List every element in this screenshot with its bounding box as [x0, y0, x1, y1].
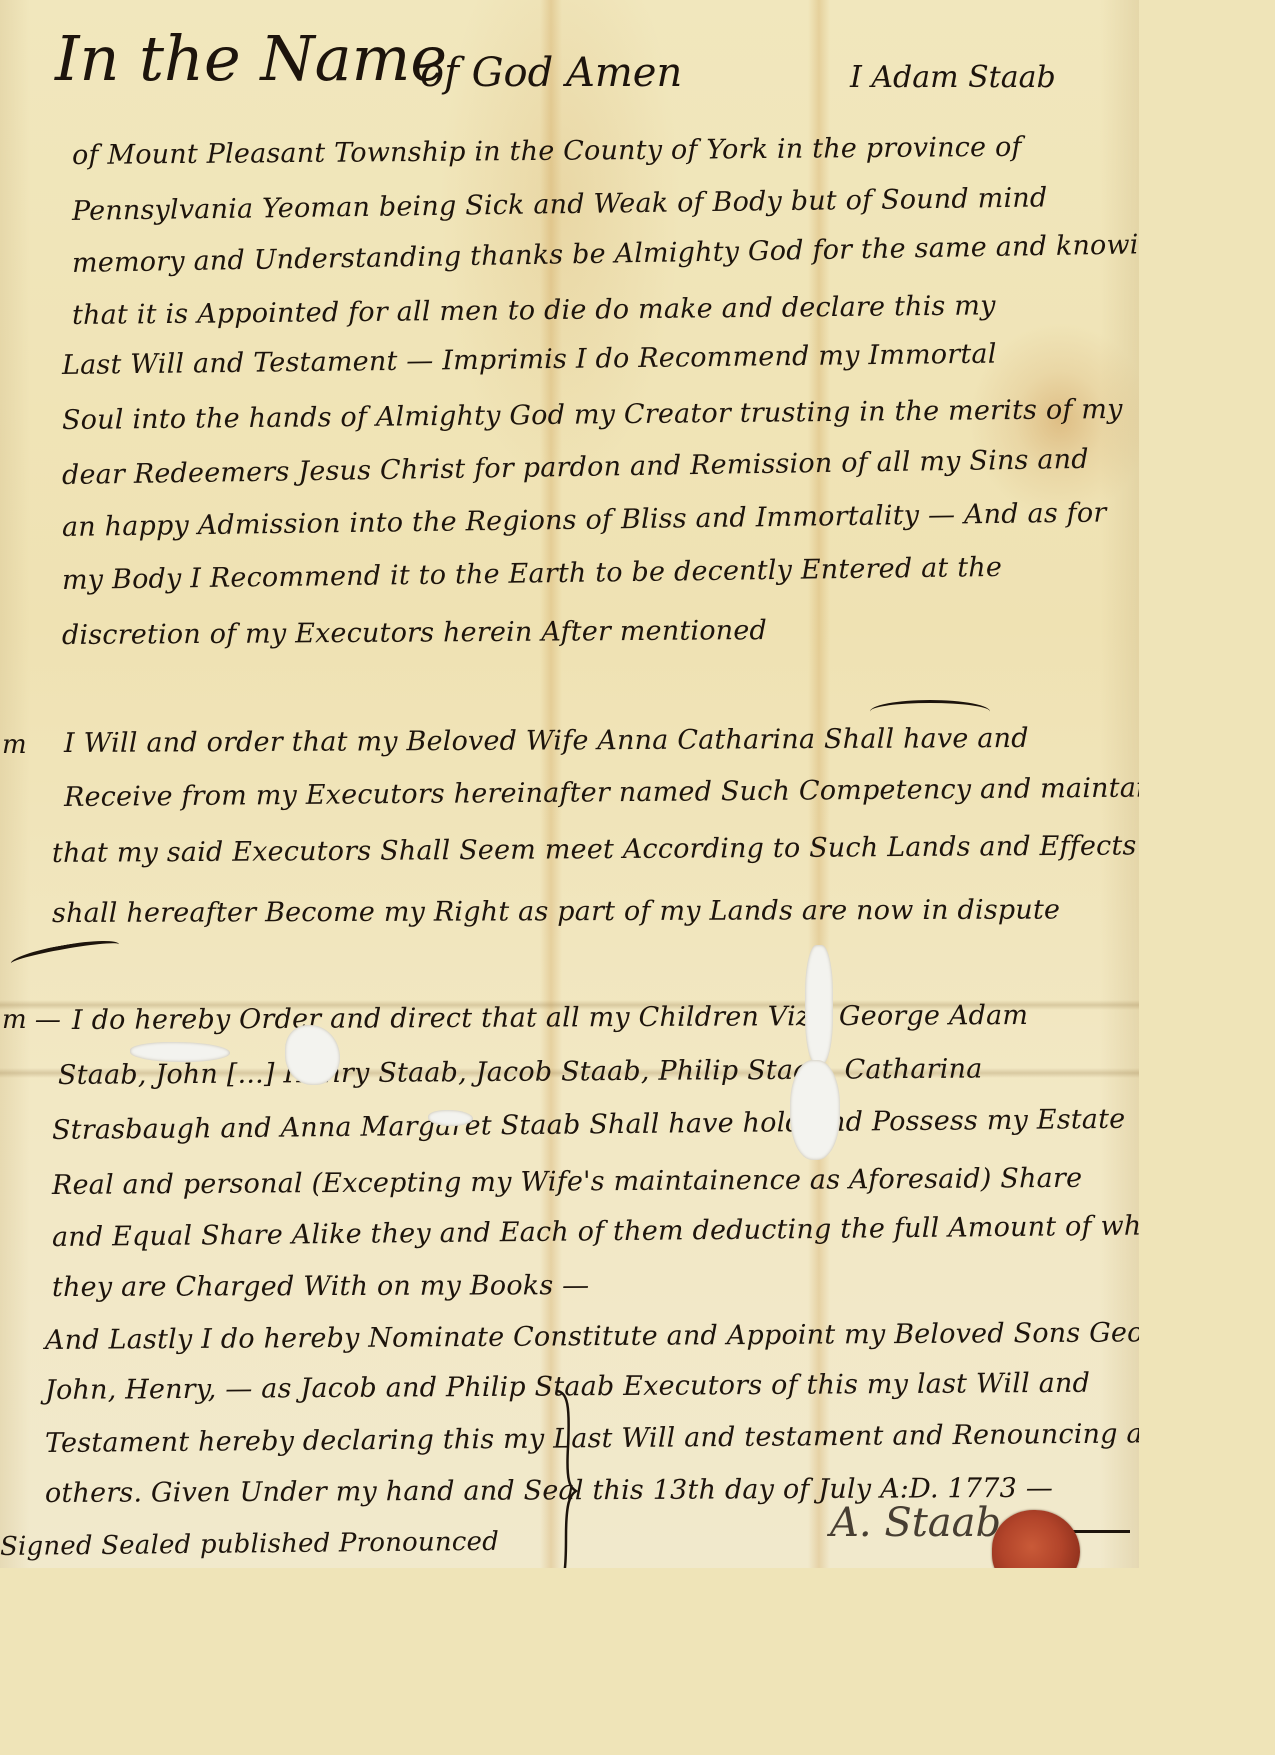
- will-line: that my said Executors Shall Seem meet A…: [52, 830, 1139, 869]
- will-line: that it is Appointed for all men to die …: [72, 290, 996, 331]
- will-line: Testament hereby declaring this my Last …: [45, 1418, 1139, 1459]
- will-line: Soul into the hands of Almighty God my C…: [62, 394, 1123, 436]
- ink-flourish: [9, 936, 120, 973]
- title-of-god-amen: of God Amen: [420, 50, 682, 96]
- will-line: Real and personal (Excepting my Wife's m…: [52, 1163, 1082, 1201]
- paper-hole: [130, 1042, 230, 1062]
- will-line: Strasbaugh and Anna Margaret Staab Shall…: [52, 1104, 1126, 1146]
- will-line: Receive from my Executors hereinafter na…: [64, 772, 1139, 813]
- will-line: shall hereafter Become my Right as part …: [52, 894, 1060, 929]
- margin-note: m: [2, 730, 27, 760]
- will-line: discretion of my Executors herein After …: [62, 615, 767, 651]
- wax-seal: [992, 1510, 1080, 1568]
- paper-hole: [790, 1060, 840, 1160]
- attestation-line: Signed Sealed published Pronounced: [0, 1527, 499, 1562]
- will-line: my Body I Recommend it to the Earth to b…: [62, 552, 1002, 596]
- will-line: dear Redeemers Jesus Christ for pardon a…: [62, 444, 1089, 491]
- title-testator-name: I Adam Staab: [850, 60, 1056, 95]
- paper-hole: [805, 945, 833, 1065]
- ink-flourish: [870, 700, 990, 723]
- will-line: I do hereby Order and direct that all my…: [72, 1000, 1028, 1036]
- will-line: of Mount Pleasant Township in the County…: [72, 132, 1022, 171]
- will-document-page: In the Name of God Amen I Adam Staab of …: [0, 0, 1139, 1568]
- will-line: And Lastly I do hereby Nominate Constitu…: [45, 1317, 1139, 1356]
- will-line: they are Charged With on my Books —: [52, 1270, 589, 1303]
- will-line: and Equal Share Alike they and Each of t…: [52, 1210, 1139, 1253]
- margin-note: m —: [2, 1005, 61, 1035]
- testator-signature: A. Staab: [830, 1500, 1001, 1546]
- will-line: Last Will and Testament — Imprimis I do …: [62, 339, 997, 381]
- paper-hole: [428, 1110, 473, 1126]
- will-line: an happy Admission into the Regions of B…: [62, 497, 1107, 543]
- title-in-the-name: In the Name: [55, 22, 447, 95]
- will-line: memory and Understanding thanks be Almig…: [72, 229, 1139, 279]
- will-line: I Will and order that my Beloved Wife An…: [64, 723, 1029, 759]
